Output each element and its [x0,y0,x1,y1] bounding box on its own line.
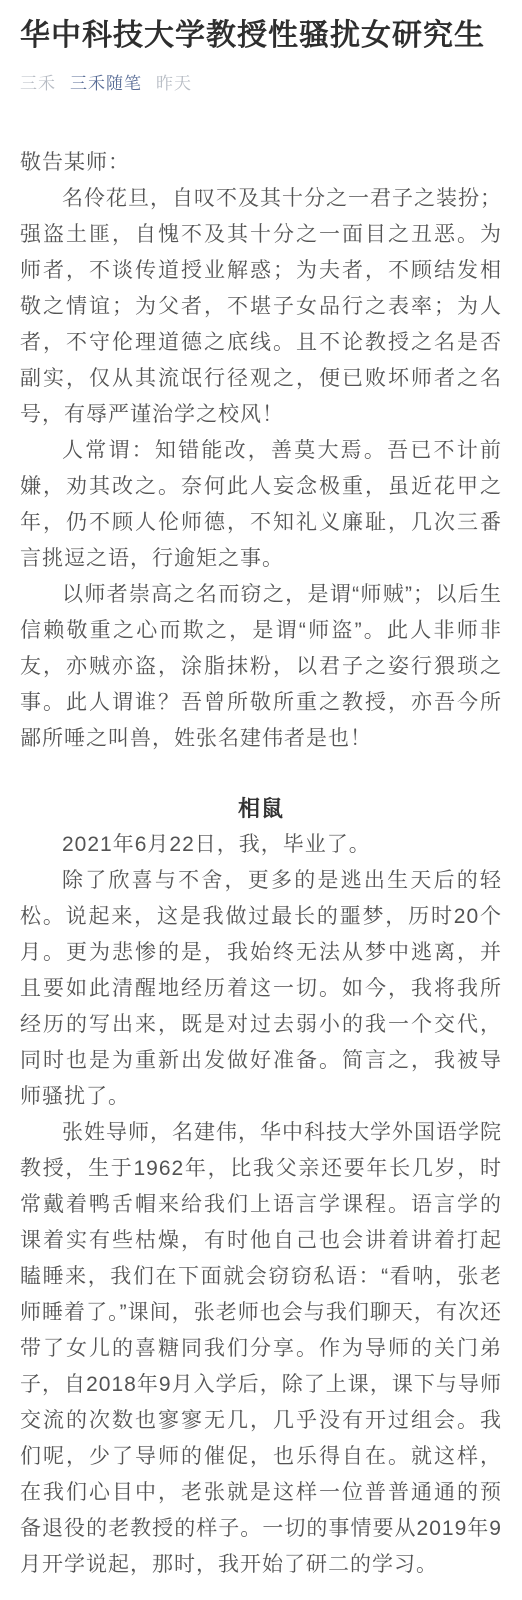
byline: 三禾 三禾随笔 昨天 [20,73,502,95]
article-page: 华中科技大学教授性骚扰女研究生 三禾 三禾随笔 昨天 敬告某师： 名伶花旦，自叹… [0,0,522,1583]
author-name: 三禾 [20,73,56,95]
account-link[interactable]: 三禾随笔 [70,73,142,95]
publish-date: 昨天 [156,73,192,95]
section-paragraph: 张姓导师，名建伟，华中科技大学外国语学院教授，生于1962年，比我父亲还要年长几… [20,1115,502,1583]
section-paragraph: 2021年6月22日，我，毕业了。 [20,827,502,863]
page-title: 华中科技大学教授性骚扰女研究生 [20,16,502,57]
article-body: 敬告某师： 名伶花旦，自叹不及其十分之一君子之装扮；强盗土匪，自愧不及其十分之一… [20,145,502,1583]
letter-paragraph: 以师者崇高之名而窃之，是谓“师贼”；以后生信赖敬重之心而欺之，是谓“师盗”。此人… [20,577,502,757]
letter-salutation: 敬告某师： [20,145,502,181]
letter-paragraph: 人常谓：知错能改，善莫大焉。吾已不计前嫌，劝其改之。奈何此人妄念极重，虽近花甲之… [20,433,502,577]
section-heading: 相鼠 [20,791,502,827]
section-paragraph: 除了欣喜与不舍，更多的是逃出生天后的轻松。说起来，这是我做过最长的噩梦，历时20… [20,863,502,1115]
letter-paragraph: 名伶花旦，自叹不及其十分之一君子之装扮；强盗土匪，自愧不及其十分之一面目之丑恶。… [20,181,502,433]
